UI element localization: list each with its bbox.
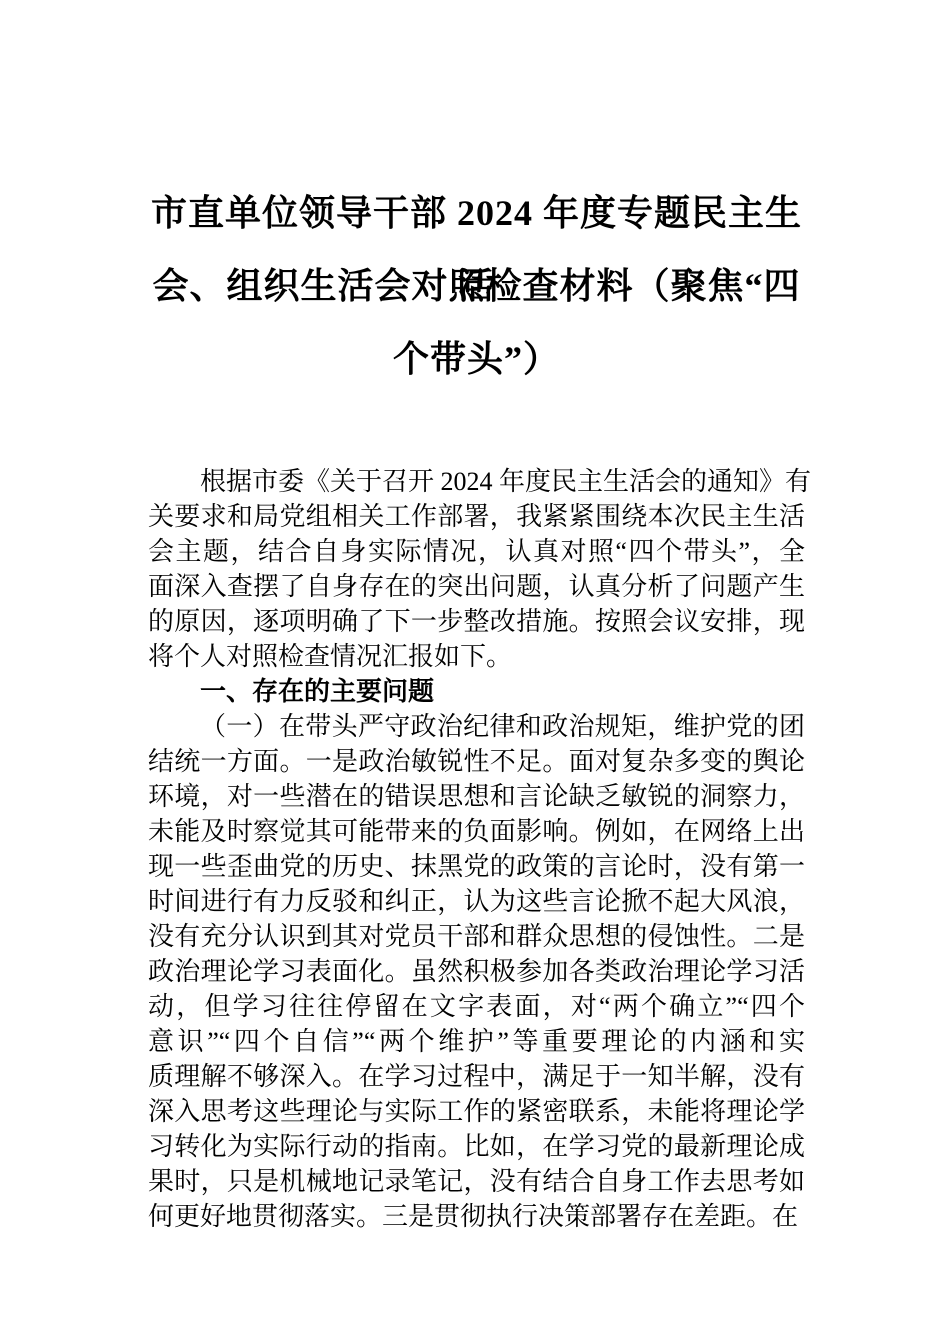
document-title-line: 会、组织生活会对照检查材料（聚焦“四 [148, 250, 805, 323]
section-paragraph-political-discipline-line: 时间进行有力反驳和纠正，认为这些言论掀不起大风浪， [148, 884, 805, 919]
section-paragraph-political-discipline-line: 果时，只是机械地记录笔记，没有结合自身工作去思考如 [148, 1164, 805, 1199]
section-paragraph-political-discipline-line: 动，但学习往往停留在文字表面，对“两个确立”“四个 [148, 989, 805, 1024]
section-paragraph-political-discipline-line: 没有充分认识到其对党员干部和群众思想的侵蚀性。二是 [148, 919, 805, 954]
intro-paragraph-line: 的原因，逐项明确了下一步整改措施。按照会议安排，现 [148, 604, 805, 639]
intro-paragraph-line: 面深入查摆了自身存在的突出问题，认真分析了问题产生 [148, 569, 805, 604]
section-paragraph-political-discipline-line: 政治理论学习表面化。虽然积极参加各类政治理论学习活 [148, 954, 805, 989]
intro-paragraph-line: 将个人对照检查情况汇报如下。 [148, 639, 805, 674]
intro-paragraph-line: 关要求和局党组相关工作部署，我紧紧围绕本次民主生活 [148, 499, 805, 534]
section-paragraph-political-discipline-line: 未能及时察觉其可能带来的负面影响。例如，在网络上出 [148, 814, 805, 849]
document-page: 市直单位领导干部 2024 年度专题民主生活会、组织生活会对照检查材料（聚焦“四… [0, 0, 950, 1344]
document-title: 市直单位领导干部 2024 年度专题民主生活会、组织生活会对照检查材料（聚焦“四… [148, 177, 805, 396]
section-paragraph-political-discipline-line: 结统一方面。一是政治敏锐性不足。面对复杂多变的舆论 [148, 744, 805, 779]
section-paragraph-political-discipline-line: 现一些歪曲党的历史、抹黑党的政策的言论时，没有第一 [148, 849, 805, 884]
document-title-line: 市直单位领导干部 2024 年度专题民主生活 [148, 177, 805, 250]
section-paragraph-political-discipline-line: 质理解不够深入。在学习过程中，满足于一知半解，没有 [148, 1059, 805, 1094]
section-heading-main-problems: 一、存在的主要问题 [148, 674, 805, 709]
section-paragraph-political-discipline-line: 何更好地贯彻落实。三是贯彻执行决策部署存在差距。在 [148, 1199, 805, 1234]
section-paragraph-political-discipline-line: 环境，对一些潜在的错误思想和言论缺乏敏锐的洞察力， [148, 779, 805, 814]
document-title-line: 个带头”） [148, 323, 805, 396]
intro-paragraph-line: 根据市委《关于召开 2024 年度民主生活会的通知》有 [148, 464, 805, 499]
intro-paragraph-line: 会主题，结合自身实际情况，认真对照“四个带头”，全 [148, 534, 805, 569]
section-paragraph-political-discipline-line: （一）在带头严守政治纪律和政治规矩，维护党的团 [148, 709, 805, 744]
section-paragraph-political-discipline-line: 习转化为实际行动的指南。比如，在学习党的最新理论成 [148, 1129, 805, 1164]
section-paragraph-political-discipline-line: 意识”“四个自信”“两个维护”等重要理论的内涵和实 [148, 1024, 805, 1059]
section-paragraph-political-discipline-line: 深入思考这些理论与实际工作的紧密联系，未能将理论学 [148, 1094, 805, 1129]
document-body: 根据市委《关于召开 2024 年度民主生活会的通知》有关要求和局党组相关工作部署… [148, 464, 805, 1234]
section-paragraph-political-discipline: （一）在带头严守政治纪律和政治规矩，维护党的团结统一方面。一是政治敏锐性不足。面… [148, 709, 805, 1234]
intro-paragraph: 根据市委《关于召开 2024 年度民主生活会的通知》有关要求和局党组相关工作部署… [148, 464, 805, 674]
